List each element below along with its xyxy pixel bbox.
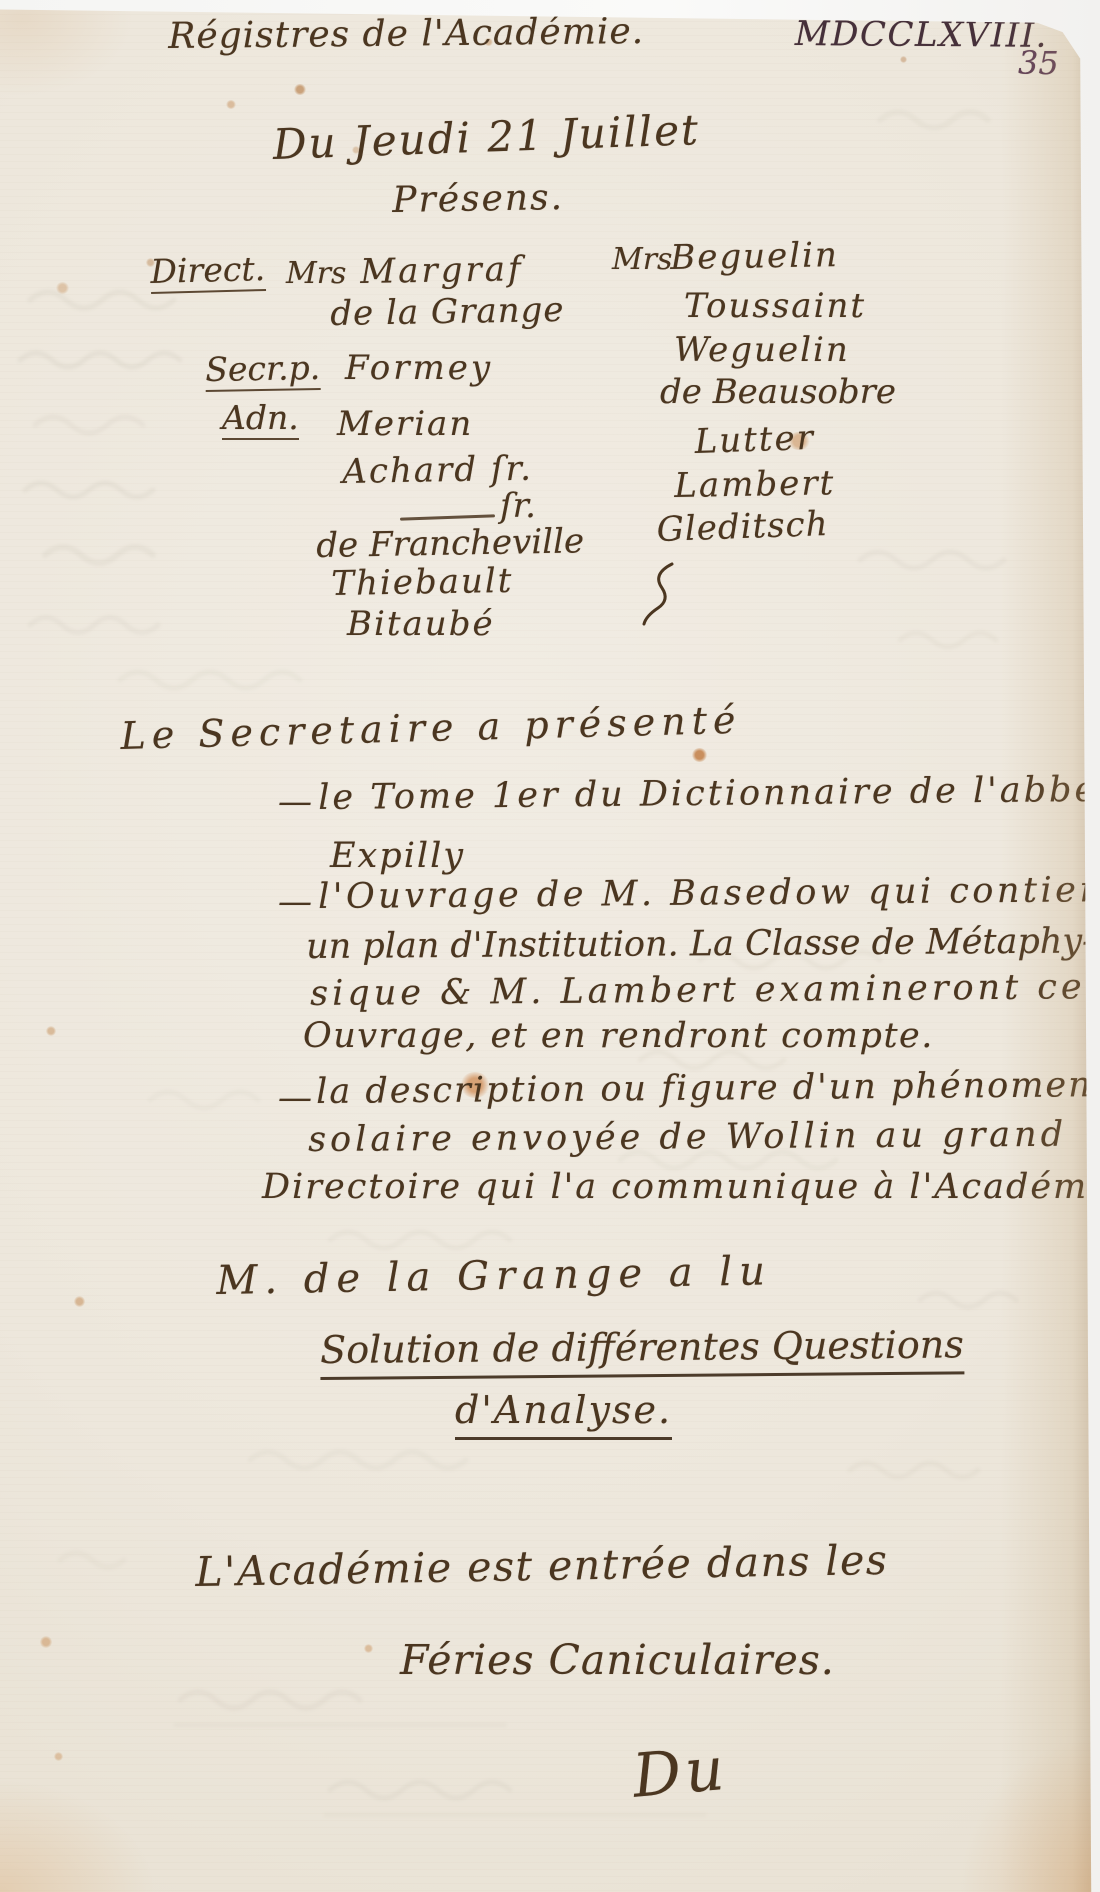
attendee-weguelin: Weguelin (674, 330, 850, 370)
messieurs-prefix-col2: Mrs (612, 242, 672, 277)
item1-marker: — (278, 782, 312, 822)
page-number: 35 (1018, 44, 1059, 82)
item2-marker: — (278, 882, 312, 922)
attendee-toussaint: Toussaint (684, 286, 866, 326)
manuscript-page: Régistres de l'Académie. MDCCLXVIII. 35 … (0, 0, 1100, 1892)
item2-line1: l'Ouvrage de M. Basedow qui contient (318, 870, 1100, 917)
item2-line3: sique & M. Lambert examineront cet (310, 967, 1100, 1014)
item3-marker: — (278, 1078, 312, 1118)
attendee-margraf: Margraf (360, 249, 524, 292)
attendee-lutter: Lutter (694, 418, 816, 462)
role-members-label: Adn. (222, 398, 299, 437)
attendee-merian: Merian (337, 404, 473, 444)
register-title: Régistres de l'Académie. (168, 11, 644, 57)
attendee-debeausobre: de Beausobre (660, 372, 896, 412)
attendee-achard-ditto: ſr. (500, 486, 536, 526)
role-secretary-label: Secr.p. (205, 348, 321, 389)
item2-line4: Ouvrage, et en rendront compte. (303, 1016, 934, 1056)
reading-title-line2: d'Analyse. (455, 1388, 672, 1432)
manuscript-photo: Régistres de l'Académie. MDCCLXVIII. 35 … (0, 0, 1100, 1892)
present-label: Présens. (392, 177, 564, 221)
reading-intro: M. de la Grange a lu (216, 1248, 772, 1304)
item3-line1: la description ou figure d'un phénomene (316, 1065, 1100, 1112)
attendee-thiebault: Thiebault (331, 561, 514, 604)
catchword: Du (630, 1734, 730, 1812)
item3-line3: Directoire qui l'a communique à l'Académ… (262, 1167, 1100, 1207)
item1-line2: Expilly (330, 836, 465, 876)
attendee-beguelin: Beguelin (670, 235, 839, 278)
achard-ditto-line (400, 514, 495, 520)
year-roman-numeral: MDCCLXVIII. (795, 14, 1048, 56)
attendee-defrancheville: de Francheville (316, 521, 584, 566)
attendee-gleditsch: Gleditsch (656, 504, 829, 550)
item3-line2: solaire envoyée de Wollin au grand (308, 1115, 1067, 1160)
session-date: Du Jeudi 21 Juillet (272, 105, 701, 169)
closing-line1: L'Académie est entrée dans les (195, 1536, 889, 1596)
attendee-formey: Formey (345, 348, 493, 388)
minutes-intro: Le Secretaire a présenté (120, 698, 742, 758)
attendee-bitaube: Bitaubé (347, 604, 495, 644)
attendee-lambert: Lambert (674, 463, 836, 506)
item2-line2: un plan d'Institution. La Classe de Méta… (306, 922, 1094, 967)
messieurs-prefix-col1: Mrs (286, 256, 346, 291)
closing-flourish (638, 560, 684, 626)
item1-line1: le Tome 1er du Dictionnaire de l'abbé (318, 770, 1098, 818)
role-director-label: Direct. (150, 249, 266, 291)
reading-title-line1: Solution de différentes Questions (320, 1322, 964, 1372)
closing-line2: Féries Caniculaires. (400, 1636, 835, 1684)
attendee-delagrange: de la Grange (330, 290, 565, 334)
